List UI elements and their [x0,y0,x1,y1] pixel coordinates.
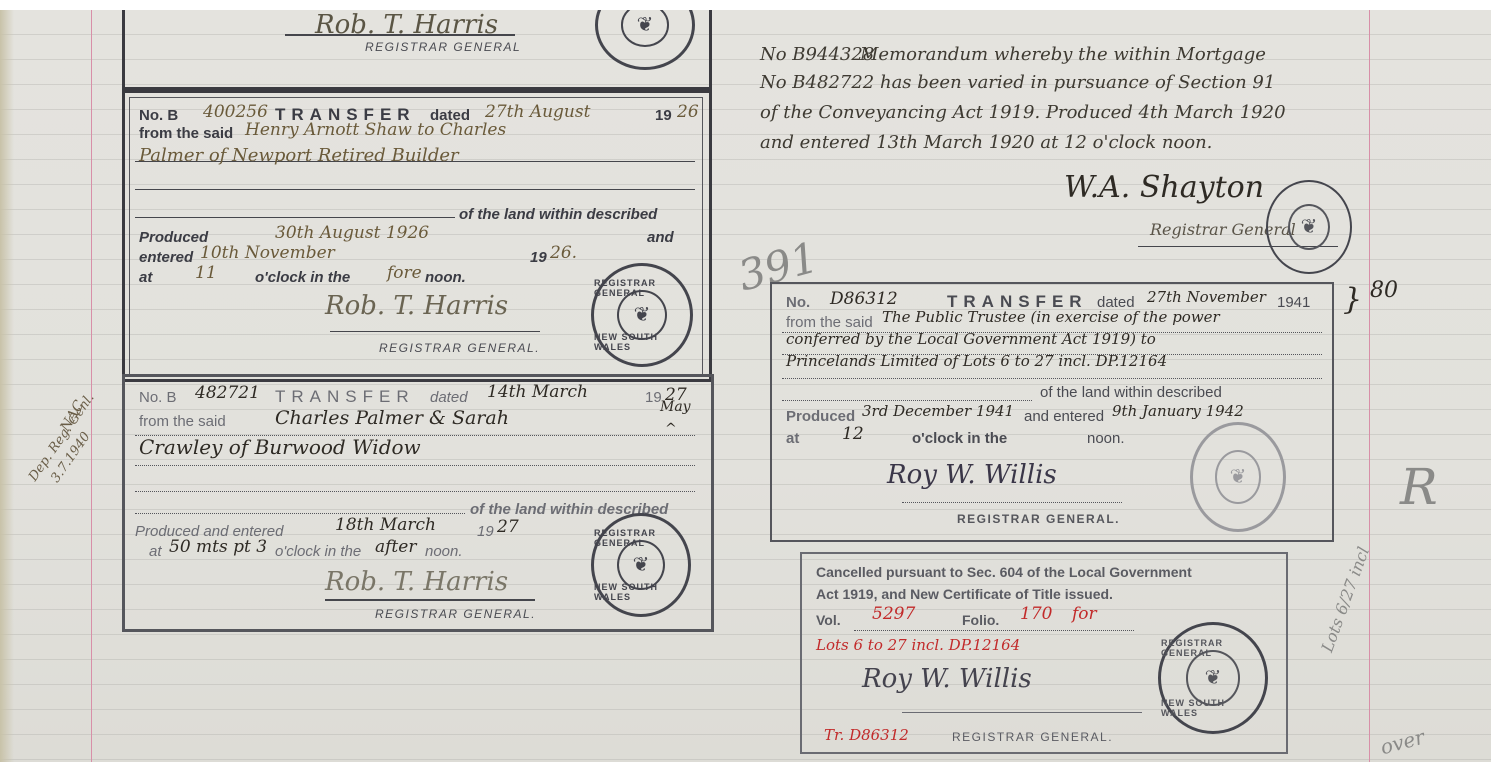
land-label: of the land within described [1040,384,1222,401]
registrar-signature: Roy W. Willis [862,664,1032,694]
memorandum-number: No B944328 [760,44,874,65]
signature-line [902,502,1122,503]
oclock-label: o'clock in the [275,543,361,560]
year: 1941 [1277,294,1310,311]
oclock-label: o'clock in the [912,430,1007,447]
land-label: of the land within described [459,206,657,223]
registrar-signature: Rob. T. Harris [325,291,508,321]
registrar-stamp: REGISTRAR GENERAL ❦ NEW SOUTH WALES [591,263,693,367]
crest-icon: ❦ [1215,450,1262,504]
produced-value: 3rd December 1941 [862,402,1014,420]
signature-line [325,599,535,601]
memorandum-signature: W.A. Shayton [1064,170,1264,205]
register-page: Rob. T. Harris REGISTRAR GENERAL ❦ No. B… [0,10,1491,762]
line [135,217,455,218]
vol-label: Vol. [816,612,841,628]
signature-line [285,34,515,36]
crest-icon: ❦ [621,10,670,47]
cancellation-line2: Act 1919, and New Certificate of Title i… [816,586,1113,602]
oclock-label: o'clock in the [255,269,350,286]
noon-label: noon. [425,543,463,560]
registrar-stamp: REGISTRAR GENERAL ❦ NEW SOUTH WALES [1158,622,1268,734]
noon-label: noon. [1087,430,1125,447]
registrar-label: REGISTRAR GENERAL. [379,341,540,355]
memorandum-line2: No B482722 has been varied in pursuance … [760,72,1275,93]
vol-value: 5297 [872,604,915,624]
folio-label: Folio. [962,612,999,628]
folio-value: 170 [1020,604,1052,624]
brace: } [1343,282,1362,317]
memorandum-line4: and entered 13th March 1920 at 12 o'cloc… [760,132,1212,153]
from-value-line2: Palmer of Newport Retired Builder [139,145,459,166]
at-label: at [149,543,162,560]
cancellation-line1: Cancelled pursuant to Sec. 604 of the Lo… [816,564,1192,580]
registrar-stamp: ❦ [1266,180,1352,274]
for-label: for [1072,604,1097,624]
dated-label: dated [430,389,468,406]
line [854,630,1134,631]
page-edge [0,10,14,762]
transfer-entry-d86312: No. D86312 TRANSFER dated 27th November … [770,282,1334,542]
right-margin-line [1369,10,1370,762]
at-label: at [139,269,152,286]
signature-line [330,331,540,332]
at-value: 50 mts pt 3 [169,537,267,557]
at-value: 12 [842,424,864,444]
no-label: No. B [139,389,177,406]
memorandum-line3: of the Conveyancing Act 1919. Produced 4… [760,102,1286,123]
year-suffix: 26 [677,102,699,122]
insert-word: May [660,399,691,415]
from-value-line2: Crawley of Burwood Widow [139,435,421,459]
produced-label: Produced [139,229,208,246]
dated-value: 14th March [487,382,588,402]
crest-icon: ❦ [1186,650,1240,705]
no-label: No. B [139,107,178,124]
red-note: Lots 6 to 27 incl. DP.12164 [816,636,1020,654]
transfer-heading: TRANSFER [275,387,415,407]
line [782,378,1322,379]
left-margin-line [91,10,92,762]
from-value-line2: conferred by the Local Government Act 19… [786,330,1156,348]
from-value: Henry Arnott Shaw to Charles [245,120,506,140]
entry-number: 482721 [195,383,260,403]
dated-value: 27th November [1147,288,1266,306]
line [135,189,695,190]
cancellation-ref: Tr. D86312 [824,726,909,744]
crest-icon: ❦ [1288,204,1331,251]
signature-line [902,712,1142,713]
from-label: from the said [139,125,233,142]
produced-value: 30th August 1926 [275,223,429,243]
noon-prefix: after [375,537,416,557]
line [135,491,695,492]
noon-label: noon. [425,269,466,286]
at-value: 11 [195,263,217,283]
produced-year-prefix: 19 [477,523,494,540]
registrar-signature: Roy W. Willis [887,460,1057,490]
entered-year-prefix: 19 [530,249,547,266]
memorandum-line1: Memorandum whereby the within Mortgage [860,44,1266,65]
entry-number: 400256 [203,102,268,122]
registrar-label: REGISTRAR GENERAL [365,40,521,54]
entered-value: 9th January 1942 [1112,402,1244,420]
registrar-stamp: ❦ [595,10,695,70]
pencil-mark-r: R [1400,458,1438,516]
entered-label: and entered [1024,408,1104,425]
entered-label: entered [139,249,193,266]
produced-value: 18th March [335,515,436,535]
registrar-label: REGISTRAR GENERAL. [375,607,536,621]
from-value-line3: Princelands Limited of Lots 6 to 27 incl… [786,352,1167,370]
from-value: Charles Palmer & Sarah [275,407,509,429]
line [135,513,465,514]
produced-label: Produced [786,408,855,425]
noon-prefix: fore [387,263,422,283]
registrar-label: REGISTRAR GENERAL. [952,730,1113,744]
cancellation-box: Cancelled pursuant to Sec. 604 of the Lo… [800,552,1288,754]
registrar-label: REGISTRAR GENERAL. [957,512,1120,526]
prior-entry-box: Rob. T. Harris REGISTRAR GENERAL ❦ [122,10,712,90]
entered-year-suffix: 26. [550,243,577,263]
pencil-mark-80: 80 [1370,278,1398,303]
no-label: No. [786,294,810,311]
at-label: at [786,430,799,447]
line [135,465,695,466]
transfer-entry-b482721: No. B 482721 TRANSFER dated 14th March 1… [122,374,714,632]
dated-value: 27th August [485,102,590,122]
produced-year-suffix: 27 [497,517,519,537]
registrar-signature: Rob. T. Harris [325,567,508,597]
registrar-stamp: ❦ [1190,422,1286,532]
line [782,400,1032,401]
from-value: The Public Trustee (in exercise of the p… [882,308,1220,326]
entry-number: D86312 [830,289,898,309]
from-label: from the said [786,314,873,331]
registrar-stamp: REGISTRAR GENERAL ❦ NEW SOUTH WALES [591,513,691,617]
year-prefix: 19 [655,107,672,124]
entered-value: 10th November [200,243,335,263]
and-label: and [647,229,674,246]
transfer-entry-b400256: No. B 400256 TRANSFER dated 27th August … [122,90,712,382]
from-label: from the said [139,413,226,430]
